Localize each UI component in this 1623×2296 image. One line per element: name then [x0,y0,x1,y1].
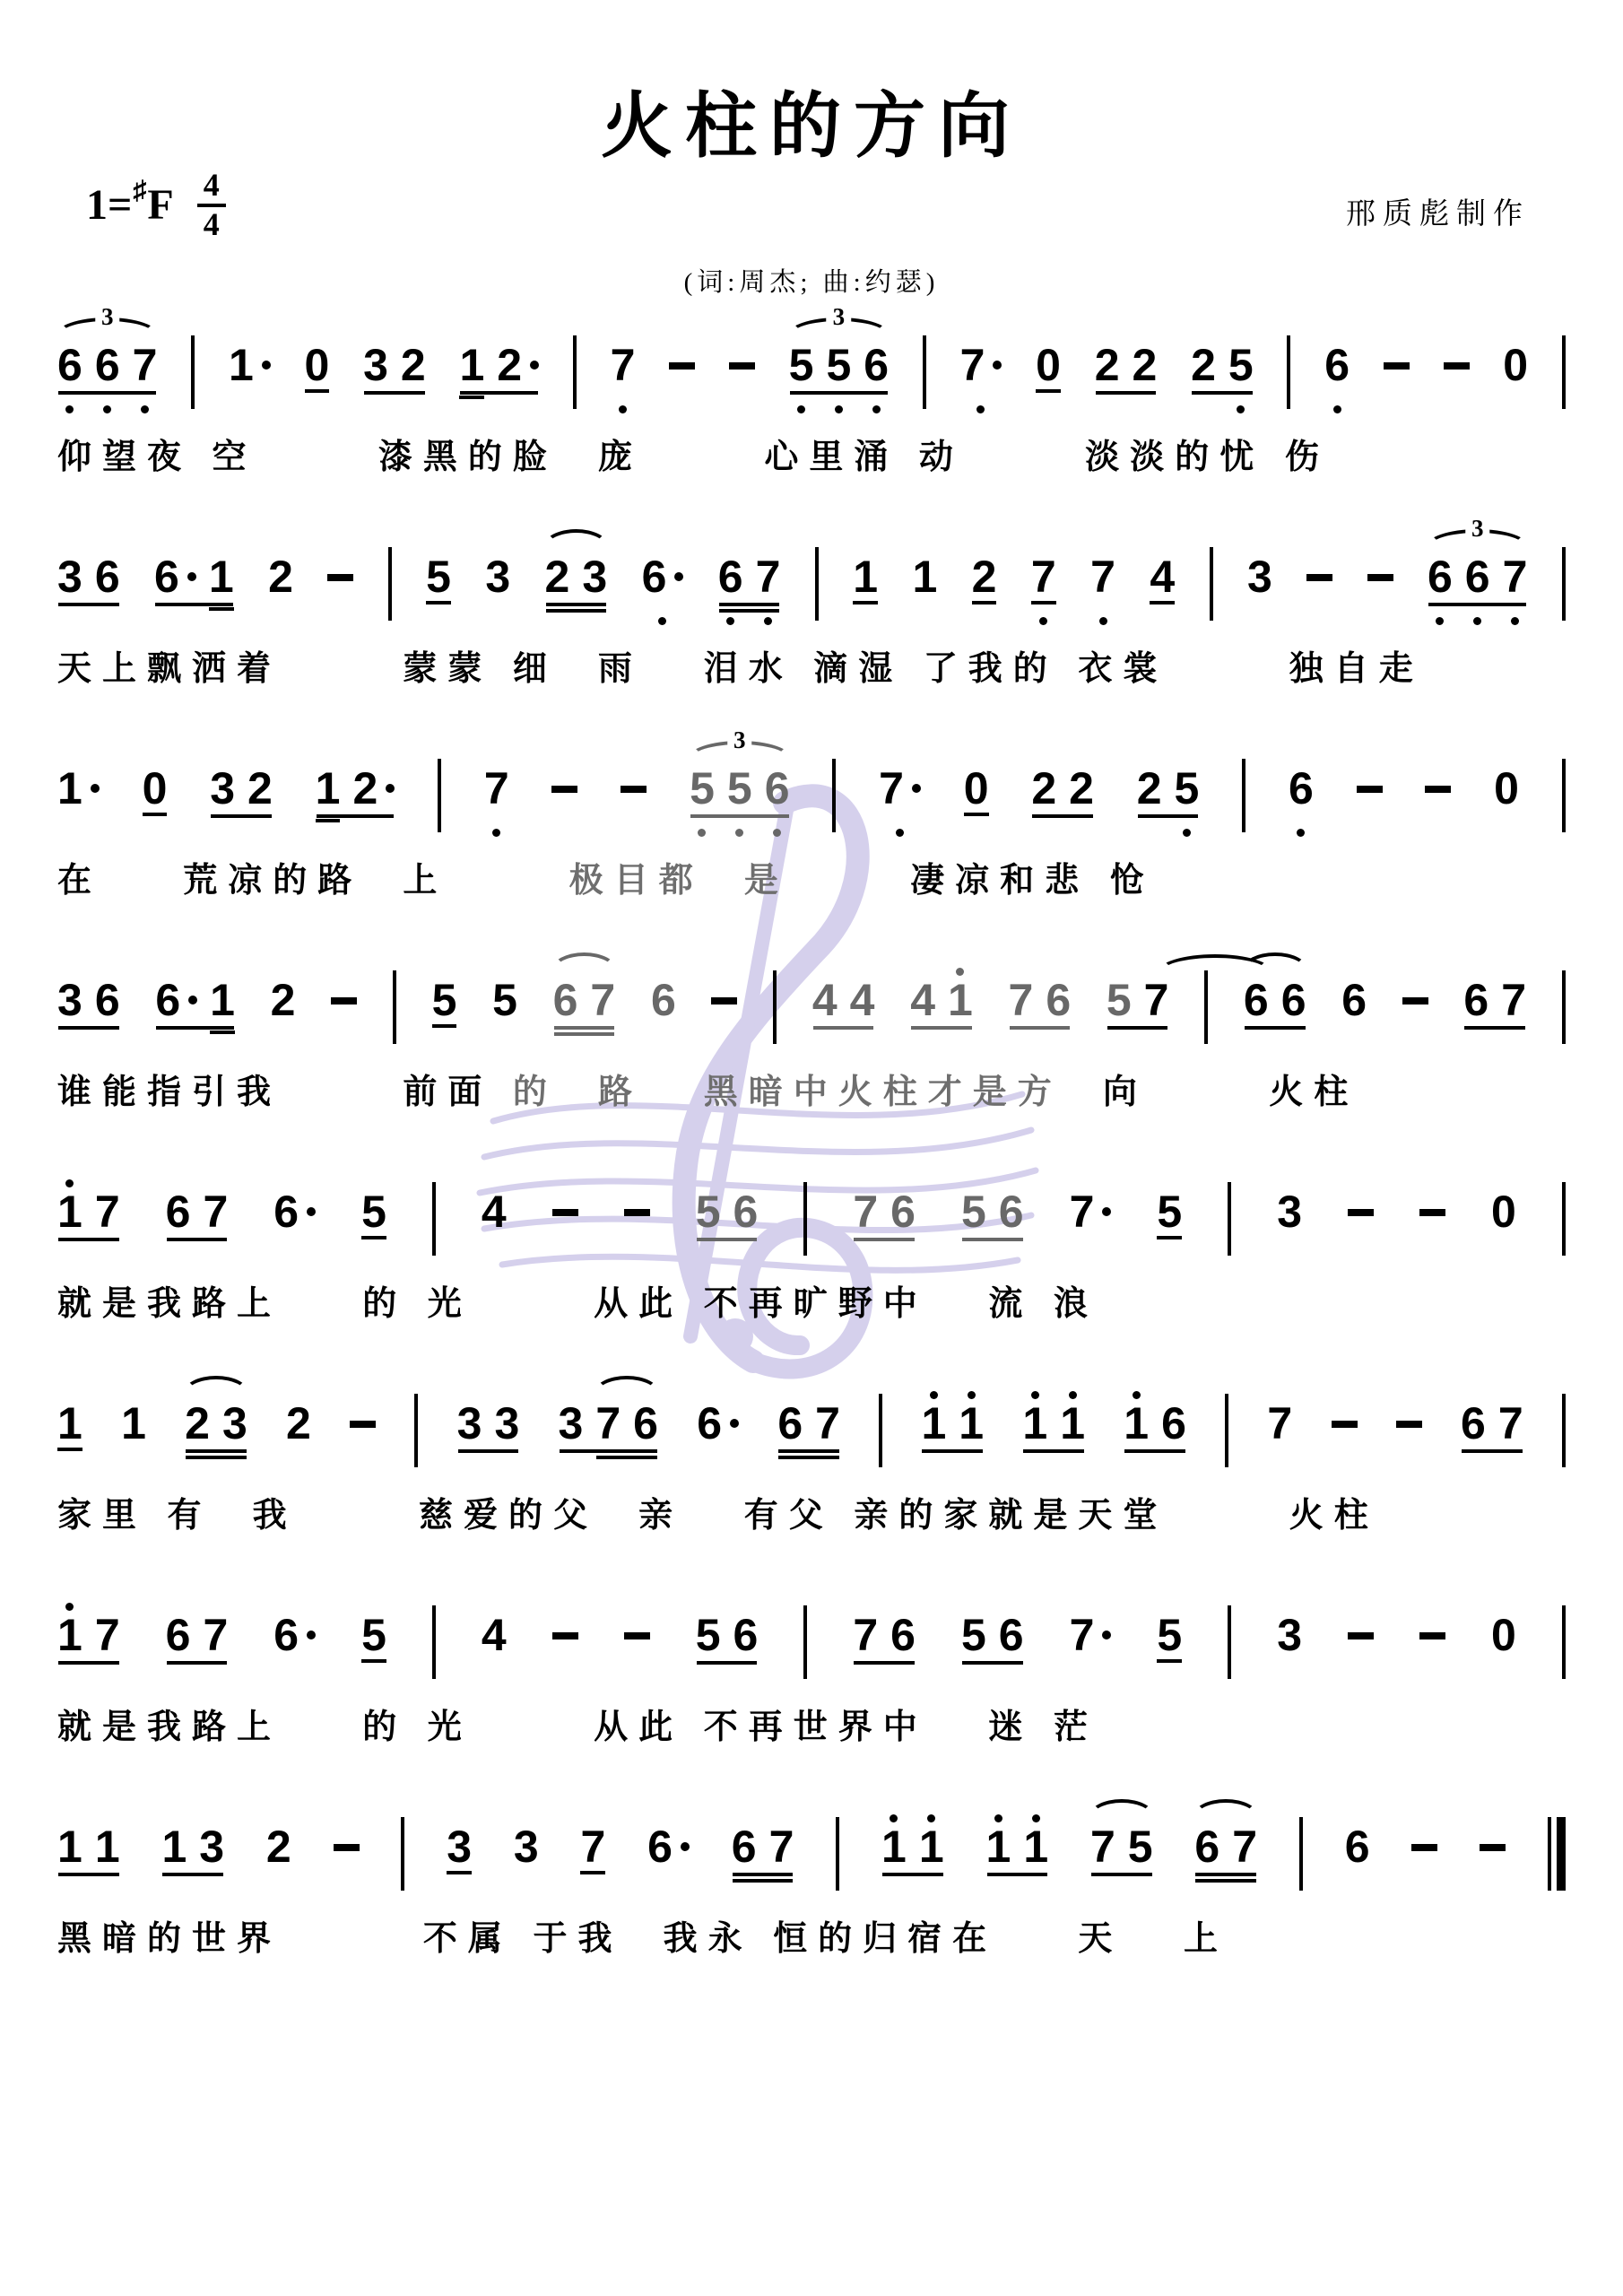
note: 6 [732,1805,757,1898]
note: 5 [727,746,752,839]
note: 7 [595,1381,621,1474]
augmentation-dot [530,361,539,370]
note: 6 [890,1170,916,1263]
credit: 邢质彪制作 [1346,190,1530,232]
note: 1 [57,1593,82,1686]
low-octave-dot [735,829,743,837]
note: 3 [199,1805,224,1898]
note: 7 [611,323,636,416]
note: 5 [492,958,517,1051]
note: 7 [1090,535,1115,628]
note: 1 [57,1381,82,1474]
beam [962,1238,1023,1241]
note: 4 [910,958,935,1051]
duration-dash [1348,1632,1374,1639]
beam [1023,1449,1084,1453]
note: 5 [1128,1805,1153,1898]
note: 7 [1503,535,1528,628]
barline [923,323,926,409]
beam [209,607,234,611]
beam [1157,1659,1182,1663]
barline [1562,958,1566,1044]
note-group: 67 [166,1170,229,1263]
augmentation-dot [730,1419,739,1428]
beam [1138,814,1199,818]
note-group: 67 [1463,958,1526,1051]
barline [1562,1170,1566,1256]
note: 1 [986,1805,1011,1898]
note-group: 17 [57,1170,120,1263]
beam [580,1871,605,1874]
lyrics-line: 家里 有 我 慈爱的父 亲 有父 亲的家就是天堂 火柱 [57,1487,1566,1530]
note-group: 36 [57,958,120,1051]
note: 3 [210,746,235,839]
beam [58,391,156,395]
note: 6 [273,1170,316,1263]
low-octave-dot [658,617,666,625]
note: 6 [1244,958,1269,1051]
beam [162,1873,223,1876]
low-octave-dot [1099,617,1107,625]
beam [1150,601,1175,604]
note: 6 [999,1593,1024,1686]
note-group: 12 [459,323,539,416]
beam [1464,1026,1525,1030]
subtitle: (词:周杰; 曲:约瑟) [0,262,1623,299]
note: 3 [57,535,82,628]
lyric-text: 在 荒凉的路 上 [57,862,569,900]
beam [790,391,888,395]
barline [1228,1593,1231,1679]
beam [596,1456,657,1459]
note: 6 [1161,1381,1186,1474]
lyric-text: 黑暗中火柱才是方 [704,1074,1063,1111]
note-group: 36 [57,535,120,628]
note-group: 67 [718,535,781,628]
beam [546,603,607,606]
system-3: 1032127556370222560在 荒凉的路 上 极目都 是 凄凉和悲 怆 [57,746,1566,895]
beam [447,1871,472,1874]
note-group: 76 [853,1170,916,1263]
note: 7 [1009,958,1034,1051]
barline [393,958,396,1044]
duration-dash [1480,1844,1506,1851]
note: 4 [850,958,875,1051]
low-octave-dot [835,405,843,413]
note: 6 [1194,1805,1219,1898]
note: 6 [95,958,120,1051]
barline [836,1805,839,1891]
augmentation-dot [681,1842,690,1851]
note: 1 [459,323,484,416]
system-6: 1123233376667111116767家里 有 我 慈爱的父 亲 有父 亲… [57,1381,1566,1530]
note: 5 [361,1593,386,1686]
note: 5 [1157,1170,1182,1263]
note: 6 [1289,746,1314,839]
augmentation-dot [262,361,271,370]
note-group: 22 [1031,746,1094,839]
note: 3 [447,1805,472,1898]
low-octave-dot [1237,405,1245,413]
note: 1 [1124,1381,1149,1474]
note: 6 [765,746,790,839]
augmentation-dot [1102,1207,1111,1216]
note: 6 [166,1593,191,1686]
note-group: 56 [961,1593,1024,1686]
lyrics-line: 在 荒凉的路 上 极目都 是 凄凉和悲 怆 [57,852,1566,895]
augmentation-dot [386,784,395,793]
beam [1428,603,1526,606]
beam [854,1238,915,1241]
lyric-text: 就是我路上 的 光 从此 不再世界中 迷 茫 [57,1709,1098,1746]
system-1: 66731032127556370222560仰望夜 空 漆黑的脸 庞 心里涌 … [57,323,1566,472]
augmentation-dot [187,572,196,581]
note: 7 [1070,1170,1112,1263]
beam [813,1026,874,1030]
beam [426,601,451,604]
augmentation-dot [188,996,197,1004]
note: 1 [1022,1381,1047,1474]
low-octave-dot [797,405,805,413]
barline [191,323,195,409]
note-group: 11 [1022,1381,1085,1474]
note-group: 67 [1461,1381,1523,1474]
note-group: 56 [961,1170,1024,1263]
notation-line: 1032127556370222560 [57,746,1566,839]
duration-dash [331,997,357,1004]
note: 7 [484,746,509,839]
barline [1562,746,1566,832]
duration-dash [552,1632,578,1639]
beam [458,1449,519,1453]
note: 1 [921,1381,946,1474]
note: 7 [95,1593,120,1686]
note: 5 [690,746,715,839]
note: 6 [633,1381,658,1474]
note-group: 67 [166,1593,229,1686]
barline [832,746,836,832]
note: 5 [1157,1593,1182,1686]
note-group: 76 [1009,958,1072,1051]
notation-line: 66731032127556370222560 [57,323,1566,416]
note: 2 [1031,746,1056,839]
note: 7 [1031,535,1056,628]
duration-dash [711,997,737,1004]
beam [58,1661,119,1665]
augmentation-dot [307,1631,316,1639]
system-4: 36612556764441765766667谁能指引我 前面 的 路 黑暗中火… [57,958,1566,1107]
barline [1562,1593,1566,1679]
beam [211,814,272,818]
note: 2 [352,746,395,839]
note-group: 17 [57,1593,120,1686]
note: 3 [582,535,607,628]
notation-line: 11132337667111175676 [57,1805,1566,1898]
note: 6 [95,323,120,416]
note: 6 [733,1593,759,1686]
note-group: 67 [732,1805,794,1898]
duration-dash [1396,1421,1422,1428]
beam [719,603,780,606]
beam [987,1873,1048,1876]
note: 0 [305,323,330,416]
beam [305,389,330,393]
note: 2 [1191,323,1216,416]
notation-line: 1123233376667111116767 [57,1381,1566,1474]
low-octave-dot [1297,829,1305,837]
note: 2 [247,746,273,839]
low-octave-dot [976,405,985,413]
low-octave-dot [619,405,627,413]
beam [58,1026,119,1030]
beam [1091,1873,1152,1876]
barline [414,1381,418,1467]
note: 6 [95,535,120,628]
note: 2 [271,958,296,1051]
note: 2 [266,1805,291,1898]
beam [911,1026,972,1030]
note: 2 [268,535,293,628]
note-group: 25 [1137,746,1200,839]
barline [1287,323,1290,409]
note-group: 76 [853,1593,916,1686]
duration-dash [350,1421,376,1428]
beam [922,1449,983,1453]
note: 0 [1491,1593,1516,1686]
duration-dash [624,1209,650,1216]
note: 2 [497,323,539,416]
note: 6 [718,535,743,628]
lyric-text: 就是我路上 的 光 从此 不再旷野中 流 浪 [57,1285,1098,1323]
beam [210,1031,235,1034]
note: 6 [154,535,196,628]
note: 0 [1491,1170,1516,1263]
beam [432,1024,457,1028]
note-group: 25 [1191,323,1254,416]
beam [546,609,607,613]
barline [803,1593,807,1679]
time-signature: 4 4 [197,169,226,242]
note: 3 [1247,535,1272,628]
barline [1204,958,1208,1044]
low-octave-dot [872,405,881,413]
barline [879,1381,882,1467]
duration-dash [551,786,577,793]
duration-dash [552,1209,578,1216]
note: 1 [57,1170,82,1263]
lyric-text: 天上飘洒着 蒙蒙 细 雨 泪水 滴湿 了我的 衣裳 独自走 [57,650,1424,688]
lyrics-line: 就是我路上 的 光 从此 不再世界中 迷 茫 [57,1699,1566,1742]
note: 3 [1277,1593,1302,1686]
beam [554,1032,615,1036]
augmentation-dot [993,361,1002,370]
note: 6 [651,958,676,1051]
score: 66731032127556370222560仰望夜 空 漆黑的脸 庞 心里涌 … [0,323,1623,1953]
note: 7 [95,1170,120,1263]
note-group: 44 [812,958,875,1051]
note: 5 [961,1593,986,1686]
beam [1036,389,1061,393]
lyric-text: 家里 有 我 慈爱的父 亲 有父 亲的家就是天堂 火柱 [57,1497,1379,1535]
augmentation-dot [1102,1631,1111,1639]
low-octave-dot [1039,617,1047,625]
beam [1031,601,1056,604]
note: 6 [1046,958,1071,1051]
note: 0 [1503,323,1528,416]
low-octave-dot [103,405,111,413]
note-group: 67 [1194,1805,1257,1898]
note: 1 [959,1381,984,1474]
duration-dash [669,362,695,370]
beam [460,391,538,395]
beam [1462,1449,1523,1453]
barline [401,1805,404,1891]
beam [733,1879,794,1883]
lyric-text: 凄凉和悲 怆 [789,862,1155,900]
barline [388,535,392,621]
low-octave-dot [698,829,706,837]
note: 7 [960,323,1002,416]
note: 6 [647,1805,690,1898]
beam [361,1236,386,1239]
note: 1 [919,1805,944,1898]
note-group: 23 [545,535,608,628]
note-group: 75 [1090,1805,1153,1898]
note: 2 [1069,746,1094,839]
low-octave-dot [141,405,149,413]
barline [1228,1170,1231,1256]
note: 1 [948,958,973,1051]
augmentation-dot [912,784,921,793]
note-group: 11 [881,1805,944,1898]
system-2: 36612532366711277436673天上飘洒着 蒙蒙 细 雨 泪水 滴… [57,535,1566,683]
duration-dash [334,1844,360,1851]
low-octave-dot [1183,829,1191,837]
note: 3 [57,958,82,1051]
note-group: 61 [155,958,235,1051]
system-5: 17676545676567530就是我路上 的 光 从此 不再旷野中 流 浪 [57,1170,1566,1318]
note: 4 [812,958,838,1051]
duration-dash [1332,1421,1358,1428]
note-group: 33 [457,1381,520,1474]
note-group: 11 [986,1805,1049,1898]
duration-dash [1402,997,1428,1004]
note: 6 [1461,1381,1486,1474]
header: 火柱的方向 1=♯F 4 4 邢质彪制作 (词:周杰; 曲:约瑟) [0,0,1623,323]
beam [964,813,989,816]
note: 1 [57,746,100,839]
note-group: 41 [910,958,973,1051]
note: 7 [1501,958,1526,1051]
duration-dash [1425,786,1451,793]
low-octave-dot [1511,617,1519,625]
note: 1 [1060,1381,1085,1474]
note: 6 [166,1170,191,1263]
note: 2 [972,535,997,628]
time-denominator: 4 [197,207,226,242]
beam [364,391,425,395]
beam [882,1873,943,1876]
lyric-text: 黑暗的世界 不属 于我 我永 恒的归宿在 天 上 [57,1920,1228,1958]
note: 7 [1232,1805,1257,1898]
note: 2 [286,1381,311,1474]
note: 1 [95,1805,120,1898]
note: 3 [559,1381,584,1474]
note: 5 [826,323,851,416]
note-group: 5563 [690,746,789,839]
beam [697,1238,758,1241]
low-octave-dot [764,617,772,625]
note: 1 [57,1805,82,1898]
note: 7 [756,535,781,628]
note: 2 [1133,323,1158,416]
barline [1562,323,1566,409]
beam [1032,814,1093,818]
note-group: 32 [363,323,426,416]
note-group: 6673 [57,323,157,416]
duration-dash [1367,574,1393,581]
note-group: 61 [154,535,234,628]
beam [1195,1873,1256,1876]
note: 6 [697,1381,739,1474]
beam [58,1238,119,1241]
note: 0 [143,746,168,839]
beam [690,814,788,818]
note: 7 [133,323,158,416]
barline [803,1170,807,1256]
key-prefix: 1= [86,180,132,230]
note: 6 [1345,1805,1370,1898]
note-group: 67 [777,1381,840,1474]
note: 7 [1070,1593,1112,1686]
beam [560,1449,657,1453]
note: 1 [229,323,271,416]
beam [58,603,119,606]
beam [167,1661,228,1665]
note-group: 13 [161,1805,224,1898]
beam [778,1449,839,1453]
note-group: 12 [316,746,395,839]
barline [1299,1805,1303,1891]
key-signature: 1=♯F 4 4 [86,169,226,242]
beam [316,819,341,822]
lyric-text: 极目都 是 [569,862,789,900]
note: 2 [1095,323,1120,416]
note: 7 [203,1593,228,1686]
note: 7 [815,1381,840,1474]
barline [815,535,819,621]
beam [719,609,780,613]
beam [733,1873,794,1876]
notation-line: 17676545676567530 [57,1593,1566,1686]
note: 7 [879,746,921,839]
note: 5 [696,1170,721,1263]
duration-dash [621,786,647,793]
duration-dash [1306,574,1332,581]
duration-dash [1444,362,1470,370]
duration-dash [1348,1209,1374,1216]
note-group: 5563 [789,323,889,416]
note: 0 [1494,746,1519,839]
note: 6 [155,958,197,1051]
note: 6 [553,958,578,1051]
note: 3 [485,535,510,628]
beam [1157,1236,1182,1239]
note: 1 [881,1805,907,1898]
lyrics-line: 黑暗的世界 不属 于我 我永 恒的归宿在 天 上 [57,1910,1566,1953]
lyric-text: 的 路 [513,1074,643,1111]
note: 1 [1023,1805,1048,1898]
